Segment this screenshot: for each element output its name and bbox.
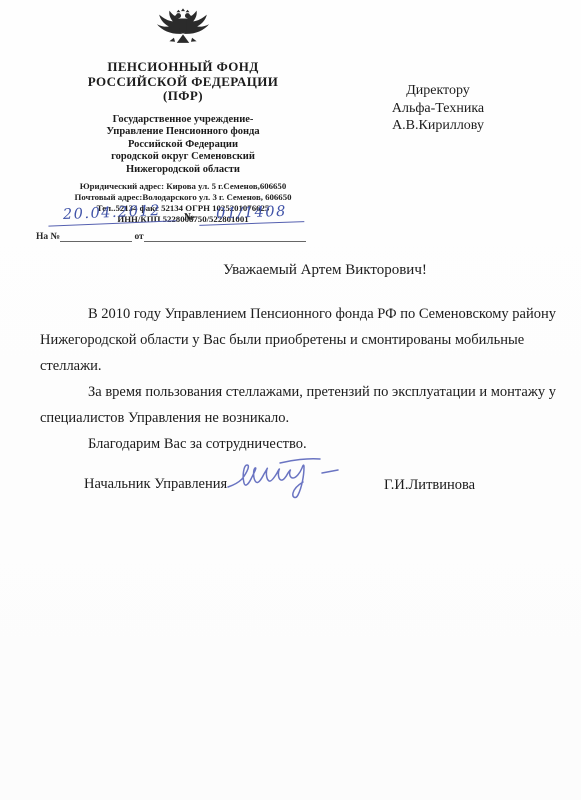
- department-line: Нижегородской области: [33, 164, 333, 177]
- coat-of-arms-icon: [149, 8, 217, 54]
- department-line: городской округ Семеновский: [33, 151, 333, 164]
- contact-line: Юридический адрес: Кирова ул. 5 г.Семено…: [33, 181, 333, 192]
- recipient-line: А.В.Кириллову: [378, 117, 498, 135]
- department-line: Российской Федерации: [33, 139, 333, 152]
- reply-from-label: от: [134, 232, 143, 242]
- blank-line: [60, 231, 132, 242]
- blank-line: [144, 231, 306, 242]
- body-line: За время пользования стеллажами, претенз…: [40, 379, 552, 405]
- department-name: Государственное учреждение- Управление П…: [33, 114, 333, 177]
- reference-number-line: 20.04.2012 № 01/1408: [36, 204, 306, 230]
- handwritten-date: 20.04.2012: [48, 201, 177, 226]
- signer-position-title: Начальник Управления: [84, 476, 227, 493]
- recipient-block: Директору Альфа-Техника А.В.Кириллову: [378, 82, 498, 135]
- signer-name: Г.И.Литвинова: [384, 477, 475, 494]
- signature-scribble: [224, 451, 346, 503]
- org-title: ПЕНСИОННЫЙ ФОНД РОССИЙСКОЙ ФЕДЕРАЦИИ (ПФ…: [33, 60, 333, 104]
- body-line: специалистов Управления не возникало.: [40, 405, 552, 431]
- number-sign: №: [184, 212, 195, 223]
- org-title-line: ПЕНСИОННЫЙ ФОНД: [33, 60, 333, 75]
- recipient-line: Альфа-Техника: [378, 100, 498, 118]
- reply-prefix-label: На №: [36, 232, 60, 242]
- reply-reference-line: На № от: [36, 231, 306, 242]
- org-title-line: (ПФР): [33, 89, 333, 104]
- body-line: В 2010 году Управлением Пенсионного фонд…: [40, 301, 552, 327]
- org-title-line: РОССИЙСКОЙ ФЕДЕРАЦИИ: [33, 75, 333, 90]
- salutation: Уважаемый Артем Викторович!: [100, 262, 550, 279]
- letter-body: В 2010 году Управлением Пенсионного фонд…: [40, 301, 552, 457]
- department-line: Управление Пенсионного фонда: [33, 126, 333, 139]
- body-line: Нижегородской области у Вас были приобре…: [40, 327, 552, 353]
- letterhead: ПЕНСИОННЫЙ ФОНД РОССИЙСКОЙ ФЕДЕРАЦИИ (ПФ…: [33, 8, 333, 225]
- handwritten-outgoing-number: 01/1408: [199, 202, 305, 226]
- body-line: стеллажи.: [40, 353, 552, 379]
- department-line: Государственное учреждение-: [33, 114, 333, 127]
- recipient-line: Директору: [378, 82, 498, 100]
- scanned-letter-page: ПЕНСИОННЫЙ ФОНД РОССИЙСКОЙ ФЕДЕРАЦИИ (ПФ…: [0, 0, 581, 800]
- contact-line: Почтовый адрес:Володарского ул. 3 г. Сем…: [33, 192, 333, 203]
